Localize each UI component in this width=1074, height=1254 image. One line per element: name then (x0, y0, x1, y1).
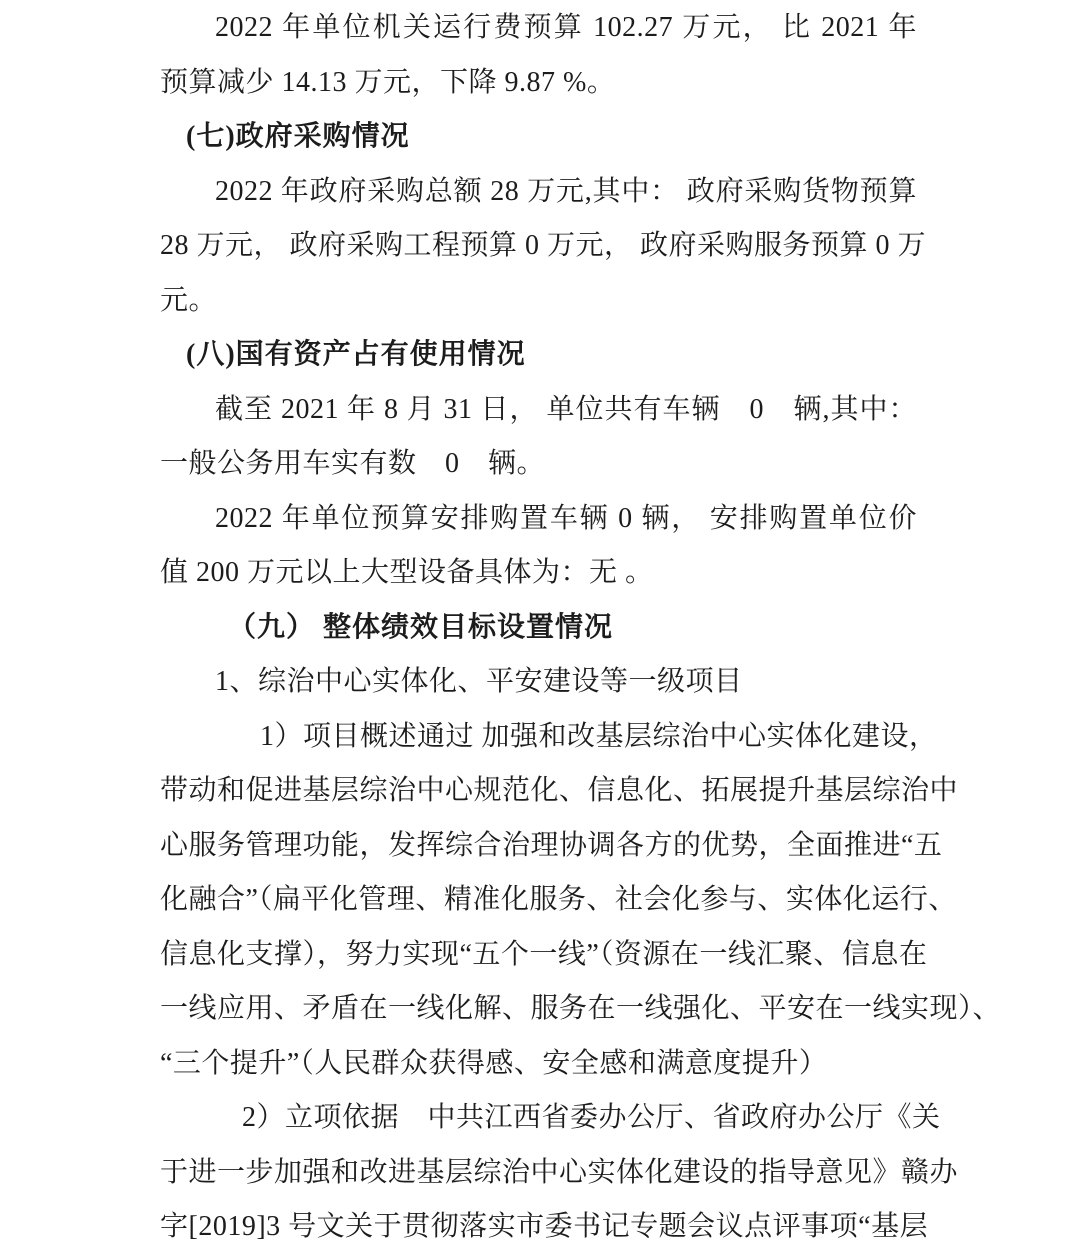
document-page: 2022 年单位机关运行费预算 102.27 万元， 比 2021 年 预算减少… (0, 0, 1074, 1254)
body-line: 1、综治中心实体化、平安建设等一级项目 (160, 655, 917, 710)
heading-gov-procurement: (七)政府采购情况 (160, 110, 917, 165)
body-line: 一般公务用车实有数 0 辆。 (160, 437, 917, 492)
body-line: 值 200 万元以上大型设备具体为：无 。 (160, 546, 917, 601)
body-line: 一线应用、矛盾在一线化解、服务在一线强化、平安在一线实现）、 (160, 982, 917, 1037)
body-line: 带动和促进基层综治中心规范化、信息化、拓展提升基层综治中 (160, 764, 917, 819)
body-line: 2）立项依据 中共江西省委办公厅、省政府办公厅《关 (160, 1091, 917, 1146)
body-line: 截至 2021 年 8 月 31 日， 单位共有车辆 0 辆,其中： (160, 383, 917, 438)
body-line: 28 万元， 政府采购工程预算 0 万元， 政府采购服务预算 0 万 (160, 219, 917, 274)
body-line: 心服务管理功能，发挥综合治理协调各方的优势，全面推进“五 (160, 819, 917, 874)
body-line: 2022 年单位机关运行费预算 102.27 万元， 比 2021 年 (160, 1, 917, 56)
body-line: 1）项目概述通过 加强和改基层综治中心实体化建设， (160, 710, 917, 765)
heading-performance-goals: （九） 整体绩效目标设置情况 (160, 601, 917, 656)
body-line: 信息化支撑），努力实现“五个一线”（资源在一线汇聚、信息在 (160, 928, 917, 983)
heading-state-assets: (八)国有资产占有使用情况 (160, 328, 917, 383)
body-line: “三个提升”（人民群众获得感、安全感和满意度提升） (160, 1037, 917, 1092)
body-line: 字[2019]3 号文关于贯彻落实市委书记专题会议点评事项“基层 (160, 1200, 917, 1254)
body-line: 化融合”（扁平化管理、精准化服务、社会化参与、实体化运行、 (160, 873, 917, 928)
body-line: 2022 年政府采购总额 28 万元,其中： 政府采购货物预算 (160, 165, 917, 220)
body-line: 元。 (160, 274, 917, 329)
body-line: 2022 年单位预算安排购置车辆 0 辆， 安排购置单位价 (160, 492, 917, 547)
body-line: 于进一步加强和改进基层综治中心实体化建设的指导意见》赣办 (160, 1146, 917, 1201)
body-line: 预算减少 14.13 万元，下降 9.87 %。 (160, 56, 917, 111)
